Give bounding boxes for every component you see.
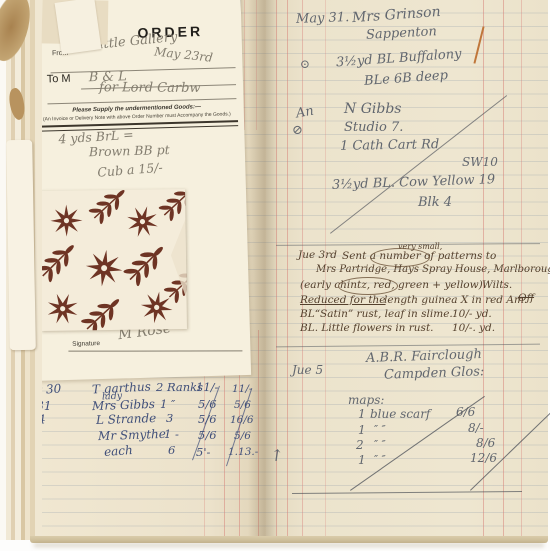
entry3-name: N Gibbs [344, 102, 401, 116]
book-bottom-shadow [34, 543, 544, 547]
to-value-line2: for Lord Carbw [99, 81, 201, 95]
edge-strip [35, 0, 42, 540]
scarf-price: 12/6 [470, 452, 497, 464]
june3-line5: BL“Satin” rust, leaf in slime. [300, 309, 453, 320]
scarf-price: 8/6 [476, 437, 495, 449]
form-rule [51, 67, 236, 73]
ledger-price: 11/- [196, 382, 218, 394]
item-line-2: Brown BB pt [89, 144, 170, 159]
red-rule [302, 0, 303, 540]
entry3-addr3: SW10 [462, 156, 498, 168]
june3-line6: BL. Little flowers in rust. [300, 323, 434, 334]
entry4-line2: Blk 4 [418, 196, 452, 209]
ledger-qty: 1 ″ [160, 399, 175, 411]
june3-line6-price: 10/-. yd. [452, 323, 495, 334]
ledger-name: Mr Smythe [98, 428, 166, 442]
june3-line4a: Reduced for the [300, 295, 386, 306]
entry1-date: May 31. [296, 11, 350, 26]
fabric-swatch-pattern [39, 189, 187, 331]
scarf-desc: ″ ″ [374, 454, 386, 465]
scarf-qty: 2 [356, 439, 364, 451]
scarf-desc: ″ ″ [374, 424, 386, 435]
circled-dot-mark: ⊙ [300, 58, 310, 70]
ledger-qty: 1 - [164, 429, 179, 441]
white-paper-edge [55, 0, 102, 55]
fabric-swatch [39, 189, 187, 331]
ledger-name: each [104, 444, 133, 458]
signature-rule [68, 350, 242, 351]
item-line-3: Cub a 15/- [97, 162, 163, 180]
circled-slash-mark: ⊘ [292, 124, 303, 137]
entry5-place: Campden Glos: [384, 365, 485, 381]
scarf-desc: ″ ″ [374, 439, 386, 450]
to-label: To M [47, 74, 71, 86]
ledger-price: 5'- [196, 447, 210, 459]
scarf-qty: 1 [358, 424, 366, 436]
scarf-desc: blue scarf [370, 408, 430, 420]
entry3-addr2: 1 Cath Cart Rd [340, 138, 439, 153]
entry5-date: Jue 5 [292, 364, 323, 376]
entry1-place: Sappenton [366, 25, 437, 42]
red-rule [244, 0, 245, 130]
scarf-price: 8/- [468, 422, 484, 434]
ledger-name: L Strande [96, 412, 157, 426]
margin-arrow-mark: ↑ [269, 447, 285, 465]
photo-of-open-order-book: ORDER From The Little Gallery May 23rd T… [0, 0, 550, 551]
maps-label: maps: [348, 394, 384, 406]
protruding-page-tab [6, 140, 36, 350]
june3-line4c-struck: Off [518, 293, 534, 304]
ledger-qty: 3 [166, 413, 173, 425]
ledger-qty: 6 [168, 445, 175, 457]
margin-initials: An [295, 105, 315, 121]
red-rule [287, 0, 288, 540]
june3-date: Jue 3rd [298, 250, 337, 261]
june3-line4b: length guinea X in red Am. [384, 295, 527, 306]
ledger-name: Mrs Gibbs [92, 398, 155, 412]
order-date: May 23rd [154, 45, 214, 63]
entry3-addr1: Studio 7. [344, 121, 403, 134]
june3-line3b: Wilts. [482, 280, 512, 291]
scarf-qty: 1 [358, 408, 366, 420]
scarf-qty: 1 [358, 454, 366, 466]
book-bottom-edge [30, 536, 548, 543]
june3-line2: Mrs Partridge, Hays Spray House, Marlbor… [316, 265, 550, 275]
june3-line5-price: 10/- yd. [452, 309, 492, 320]
circled-words [338, 277, 398, 295]
signature-label: Signature [72, 341, 100, 348]
entry5-name: A.B.R. Fairclough [366, 348, 482, 365]
